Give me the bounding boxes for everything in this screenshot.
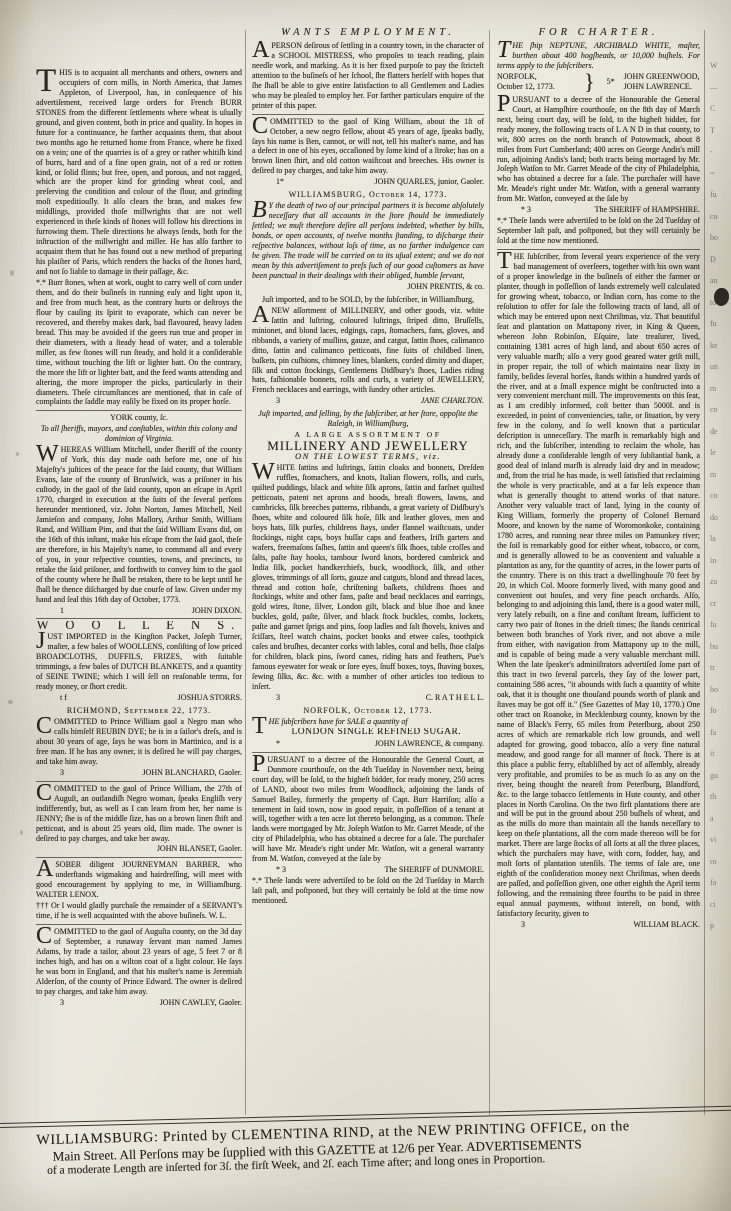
advert-text: OMMITTED to the gaol of Prince William, … [36,784,242,843]
advert-text: OMMITTED to the gaol of Auguſta county, … [36,927,242,996]
advert-note: ††† Or I would gladly purchaſe the remai… [36,901,242,921]
drop-cap: J [36,632,47,651]
signature-line: * 3The SHERIFF of DUNMORE. [252,865,484,875]
advert-body: PURSUANT to a decree of the Honourable t… [252,755,484,864]
signature-name: JOHN QUARLES, junior, Gaoler. [375,177,484,187]
advert-body: THE ſubſcriber, from ſeveral years exper… [497,252,700,919]
signature-line: 1*JOHN QUARLES, junior, Gaoler. [252,177,484,187]
drop-cap: C [36,717,54,736]
advert-body: COMMITTED to the gaol of Prince William,… [36,784,242,844]
signature-mark: 3 [276,396,280,406]
advert-woollens: W O O L L E N S. JUST IMPORTED in the Ki… [36,621,242,703]
drop-cap: T [36,68,59,94]
column-middle: WANTS EMPLOYMENT. APERSON deſirous of ſe… [252,28,484,1118]
advert-text: HIS is to acquaint all merchants and oth… [36,68,242,276]
column-rule [489,30,490,1115]
column-right: FOR CHARTER. THE ſhip NEPTUNE, ARCHIBALD… [497,28,700,1118]
advert-text: HE ſhip NEPTUNE, ARCHIBALD WHITE, maſter… [497,41,700,70]
advert-millinery-charlton: Juſt imported, and to be SOLD, by the ſu… [252,295,484,406]
signature-name: JANE CHARLTON. [421,396,484,406]
advert-text: Y the death of two of our principal part… [252,201,484,280]
advert-text: NEW aſſortment of MILLINERY, and other g… [252,306,484,395]
signature-mark: 3 [60,998,64,1008]
divider [36,618,242,619]
signature-name: JOHN DIXON. [192,606,242,616]
paper-speck [8,700,13,704]
drop-cap: A [252,41,271,60]
signature-mark: 3 [60,768,64,778]
advert-text: URSUANT to a decree of the Honourable th… [497,95,700,204]
advert-body: WHEREAS William Mitchell, under ſheriff … [36,445,242,604]
advert-text: OMMITTED to Prince William gaol a Negro … [36,717,242,766]
signature-line: t fJOSHUA STORRS. [36,693,242,703]
advert-journeyman-barber: ASOBER diligent JOURNEYMAN BARBER, who u… [36,860,242,921]
drop-cap: C [36,927,54,946]
column-rule [704,30,705,1115]
advert-subheading: To all ſheriffs, mayors, and conſtables,… [36,424,242,444]
advert-text: OMMITTED to the gaol of King William, ab… [252,117,484,176]
signature-mark: t f [60,693,67,703]
advert-body: THE ſubſcribers have for SALE a quantity… [252,717,484,727]
advert-committed-richmond: RICHMOND, September 22, 1773. COMMITTED … [36,706,242,778]
advert-note: *.* Theſe lands were advertiſed to be ſo… [252,876,484,906]
divider [497,249,700,250]
drop-cap: A [36,860,55,879]
advert-heading-small: A LARGE ASSORTMENT OF [252,430,484,440]
signature-mark: 3 [276,693,280,703]
drop-cap: W [252,463,277,482]
advert-committed-king-william: COMMITTED to the gaol of King William, a… [252,117,484,188]
divider [36,924,242,925]
subscriber-names: JOHN GREENWOOD, JOHN LAWRENCE. [624,72,700,92]
drop-cap: P [252,755,267,774]
column-left: THIS is to acquaint all merchants and ot… [36,28,242,1158]
drop-cap: B [252,201,269,220]
newspaper-page: THIS is to acquaint all merchants and ot… [0,0,731,1211]
advert-body: THIS is to acquaint all merchants and ot… [36,68,242,277]
advert-text: SOBER diligent JOURNEYMAN BARBER, who un… [36,860,242,899]
signature-line: 3C. R A T H E L L. [252,693,484,703]
signature-line: 3JOHN BLANCHARD, Gaoler. [36,768,242,778]
advert-intro: Juſt imported, and ſelling, by the ſubſc… [252,409,484,429]
advert-hampshire-land-sale: PURSUANT to a decree of the Honourable t… [497,95,700,246]
adjacent-page-fragments: W — C T - = fu co bo D an to fu ke un m … [710,55,731,1085]
signature-line: * 3The SHERIFF of HAMPSHIRE. [497,205,700,215]
advert-body: PURSUANT to a decree of the Honourable t… [497,95,700,204]
advert-note: *.* Theſe lands were advertiſed to be ſo… [497,216,700,246]
divider [36,857,242,858]
advert-text: HE ſubſcriber, from ſeveral years experi… [497,252,700,918]
paper-speck [10,270,14,276]
insertion-mark: 5* [598,77,624,87]
signature-mark: 1* [276,177,284,187]
dateline-block: NORFOLK, October 12, 1773. [497,72,581,92]
advert-body: BY the death of two of our principal par… [252,201,484,281]
signature-name: JOHN LAWRENCE, & company. [375,739,484,749]
divider [252,752,484,753]
advert-body: JUST IMPORTED in the Kingſton Packet, Jo… [36,632,242,692]
advert-text: HITE ſattins and luſtrings, ſattin cloak… [252,463,484,691]
divider [252,114,484,115]
signature-name: JOHN BLANSET, Gaoler. [157,844,242,854]
advert-refined-sugar: NORFOLK, October 12, 1773. THE ſubſcribe… [252,706,484,749]
advert-body: WHITE ſattins and luſtrings, ſattin cloa… [252,463,484,692]
signature-line: 3JOHN CAWLEY, Gaoler. [36,998,242,1008]
signature-line: 1JOHN DIXON. [36,606,242,616]
paper-speck [16,452,19,456]
advert-body: ASOBER diligent JOURNEYMAN BARBER, who u… [36,860,242,900]
advert-ship-neptune: THE ſhip NEPTUNE, ARCHIBALD WHITE, maſte… [497,41,700,92]
advert-heading: W O O L L E N S. [36,621,242,631]
signature-name: JOHN CAWLEY, Gaoler. [160,998,242,1008]
column-rule [245,30,246,1115]
advert-note: *.* Burr ſtones, when at work, ought to … [36,278,242,407]
advert-committed-prince-william: COMMITTED to the gaol of Prince William,… [36,784,242,855]
drop-cap: P [497,95,512,114]
signature-line: *JOHN LAWRENCE, & company. [252,739,484,749]
section-header-wants-employment: WANTS EMPLOYMENT. [252,28,484,38]
subscriber-name: JOHN LAWRENCE. [624,82,700,92]
signature-name: C. R A T H E L L. [426,693,484,703]
advert-body: COMMITTED to Prince William gaol a Negro… [36,717,242,767]
signature-line: JOHN PRENTIS, & co. [252,282,484,292]
subscribers-block: NORFOLK, October 12, 1773. } 5* JOHN GRE… [497,72,700,92]
advert-heading-large: MILLINERY AND JEWELLERY [252,441,484,451]
advert-body: ANEW aſſortment of MILLINERY, and other … [252,306,484,396]
advert-heading-terms: ON THE LOWEST TERMS, viz. [252,452,484,462]
advert-text: URSUANT to a decree of the Honourable th… [252,755,484,864]
signature-line: 3WILLIAM BLACK. [497,920,700,930]
signature-mark: * 3 [276,865,286,875]
paper-speck [20,830,23,835]
signature-name: JOSHUA STORRS. [178,693,242,703]
advert-dunmore-land-sale: PURSUANT to a decree of the Honourable t… [252,755,484,906]
divider [36,410,242,411]
advert-intro: Juſt imported, and to be SOLD, by the ſu… [252,295,484,305]
advert-william-black-estates: THE ſubſcriber, from ſeveral years exper… [497,252,700,930]
date-line: October 12, 1773. [497,82,581,92]
advert-heading: YORK county, ſc. [36,413,242,423]
dateline: RICHMOND, September 22, 1773. [36,706,242,716]
divider [36,781,242,782]
dateline: WILLIAMSBURG, October 14, 1773. [252,190,484,200]
advert-body: THE ſhip NEPTUNE, ARCHIBALD WHITE, maſte… [497,41,700,71]
signature-line: JOHN BLANSET, Gaoler. [36,844,242,854]
subscriber-name: JOHN GREENWOOD, [624,72,700,82]
signature-name: JOHN PRENTIS, & co. [407,282,484,292]
advert-text: HE ſubſcribers have for SALE a quantity … [269,717,408,726]
signature-mark: * 3 [521,205,531,215]
signature-mark: * [276,739,280,749]
advert-prentis-accounts: WILLIAMSBURG, October 14, 1773. BY the d… [252,190,484,292]
drop-cap: T [497,252,514,271]
signature-line: 3JANE CHARLTON. [252,396,484,406]
drop-cap: T [497,41,512,60]
advert-committed-augusta: COMMITTED to the gaol of Auguſta county,… [36,927,242,1008]
drop-cap: C [252,117,270,136]
signature-name: WILLIAM BLACK. [633,920,700,930]
advert-text: PERSON deſirous of ſettling in a country… [252,41,484,110]
dateline: NORFOLK, October 12, 1773. [252,706,484,716]
advert-school-mistress: APERSON deſirous of ſettling in a countr… [252,41,484,111]
advert-body: COMMITTED to the gaol of King William, a… [252,117,484,177]
drop-cap: W [36,445,61,464]
advert-body: APERSON deſirous of ſettling in a countr… [252,41,484,111]
advert-text: UST IMPORTED in the Kingſton Packet, Joſ… [36,632,242,691]
advert-product-line: LONDON SINGLE REFINED SUGAR. [269,728,484,738]
signature-name: JOHN BLANCHARD, Gaoler. [142,768,242,778]
advert-millinery-rathell: Juſt imported, and ſelling, by the ſubſc… [252,409,484,703]
advert-burr-stones: THIS is to acquaint all merchants and ot… [36,68,242,407]
signature-mark: 3 [521,920,525,930]
section-header-for-charter: FOR CHARTER. [497,28,700,38]
drop-cap: T [252,717,269,736]
signature-mark: 1 [60,606,64,616]
signature-name: The SHERIFF of HAMPSHIRE. [595,205,700,215]
signature-name: The SHERIFF of DUNMORE. [384,865,484,875]
place-line: NORFOLK, [497,72,581,82]
drop-cap: C [36,784,54,803]
advert-york-proclamation: YORK county, ſc. To all ſheriffs, mayors… [36,413,242,615]
advert-body: COMMITTED to the gaol of Auguſta county,… [36,927,242,997]
brace-glyph: } [581,72,598,92]
drop-cap: A [252,306,271,325]
advert-text: HEREAS William Mitchell, under ſheriff o… [36,445,242,603]
